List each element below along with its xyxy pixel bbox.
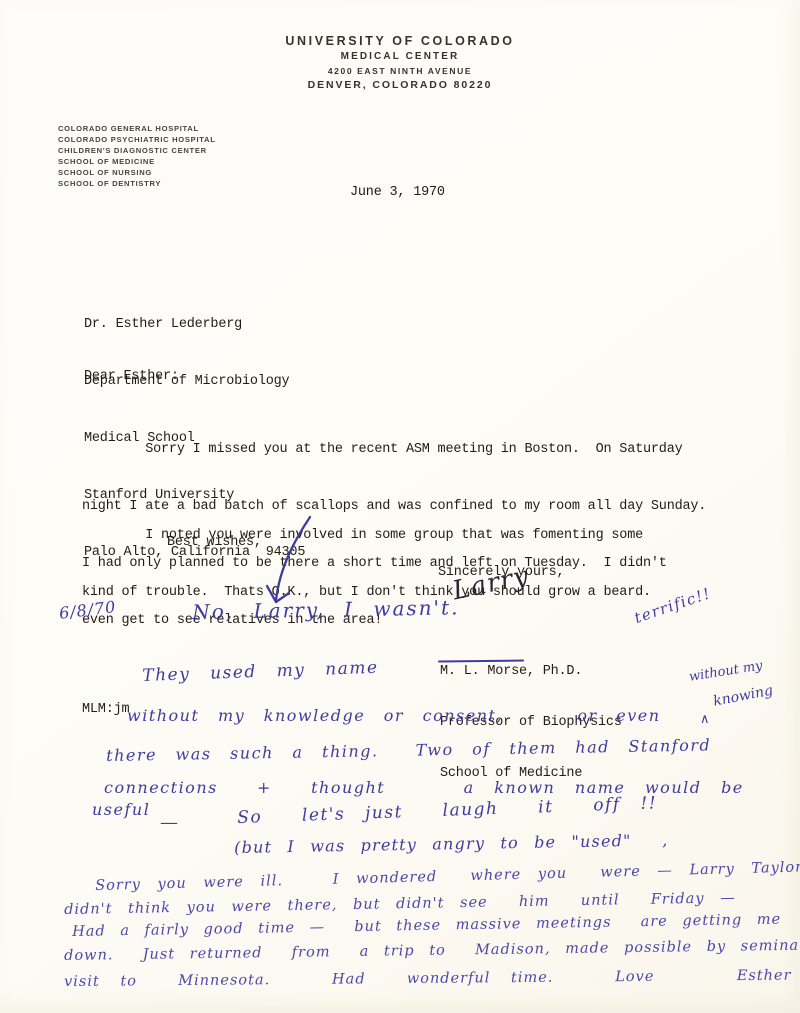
handwritten-arrow-icon bbox=[262, 514, 318, 610]
paragraph-line: Sorry I missed you at the recent ASM mee… bbox=[82, 440, 706, 459]
letterhead: UNIVERSITY OF COLORADO MEDICAL CENTER 42… bbox=[0, 34, 800, 91]
letterhead-address: 4200 EAST NINTH AVENUE bbox=[0, 66, 800, 76]
closing-best-wishes: Best wishes, bbox=[167, 533, 262, 552]
annotation-dash-mark: — bbox=[160, 812, 178, 833]
annotation-down-madison: down. Just returned from a trip to Madis… bbox=[64, 938, 800, 964]
institution-list: COLORADO GENERAL HOSPITAL COLORADO PSYCH… bbox=[58, 123, 216, 189]
institution-item: CHILDREN'S DIAGNOSTIC CENTER bbox=[58, 145, 216, 156]
annotation-sorry-ill: Sorry you were ill. I wondered where you… bbox=[95, 859, 800, 894]
sender-name: M. L. Morse, Ph.D. bbox=[440, 663, 622, 680]
institution-item: SCHOOL OF DENTISTRY bbox=[58, 178, 216, 189]
institution-item: COLORADO GENERAL HOSPITAL bbox=[58, 123, 216, 134]
annotation-minnesota-love: visit to Minnesota. Had wonderful time. … bbox=[64, 968, 792, 990]
annotation-knowledge-line: without my knowledge or consent, or even bbox=[127, 706, 661, 725]
letterhead-university: UNIVERSITY OF COLORADO bbox=[0, 34, 800, 48]
institution-item: SCHOOL OF NURSING bbox=[58, 167, 216, 178]
annotation-no-larry: No, Larry, I wasn't. bbox=[192, 595, 460, 624]
salutation: Dear Esther: bbox=[84, 367, 179, 386]
insertion-caret-mark: ∧ bbox=[700, 712, 710, 727]
recipient-line: Dr. Esther Lederberg bbox=[84, 315, 305, 334]
annotation-but-used: (but I was pretty angry to be "used" , bbox=[234, 830, 669, 857]
letterhead-medical-center: MEDICAL CENTER bbox=[0, 51, 800, 62]
annotation-useful: useful bbox=[92, 800, 150, 819]
institution-item: SCHOOL OF MEDICINE bbox=[58, 156, 216, 167]
institution-item: COLORADO PSYCHIATRIC HOSPITAL bbox=[58, 134, 216, 145]
letter-date: June 3, 1970 bbox=[350, 183, 445, 202]
letter-page: UNIVERSITY OF COLORADO MEDICAL CENTER 42… bbox=[0, 0, 800, 1013]
annotation-knowing-insert: knowing bbox=[712, 682, 774, 709]
reference-initials: MLM:jm bbox=[82, 700, 129, 719]
letterhead-city: DENVER, COLORADO 80220 bbox=[0, 79, 800, 91]
